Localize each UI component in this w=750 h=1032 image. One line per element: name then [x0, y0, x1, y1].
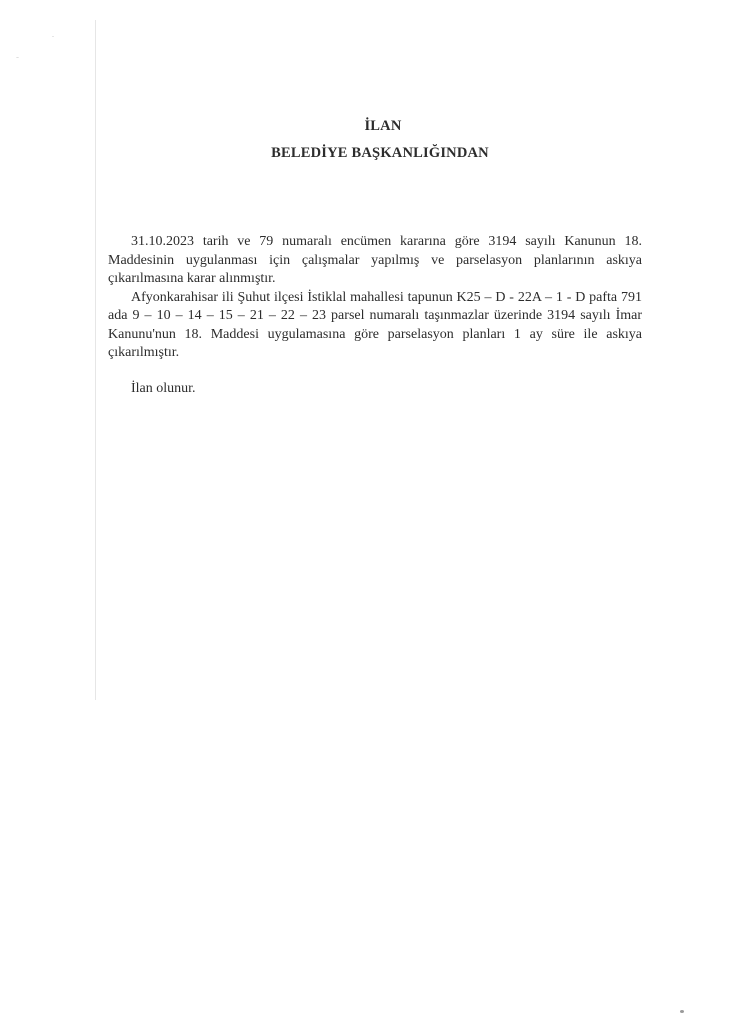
closing-line: İlan olunur. — [108, 380, 642, 399]
paragraph-decision: 31.10.2023 tarih ve 79 numaralı encümen … — [108, 233, 642, 289]
document-title: İLAN — [8, 118, 750, 135]
scan-speck — [680, 1010, 684, 1013]
document-subtitle: BELEDİYE BAŞKANLIĞINDAN — [5, 145, 750, 162]
scan-speck — [16, 57, 19, 58]
paragraph-parcels: Afyonkarahisar ili Şuhut ilçesi İstiklal… — [108, 289, 642, 363]
document-body: 31.10.2023 tarih ve 79 numaralı encümen … — [108, 233, 642, 398]
scan-speck — [52, 36, 54, 37]
